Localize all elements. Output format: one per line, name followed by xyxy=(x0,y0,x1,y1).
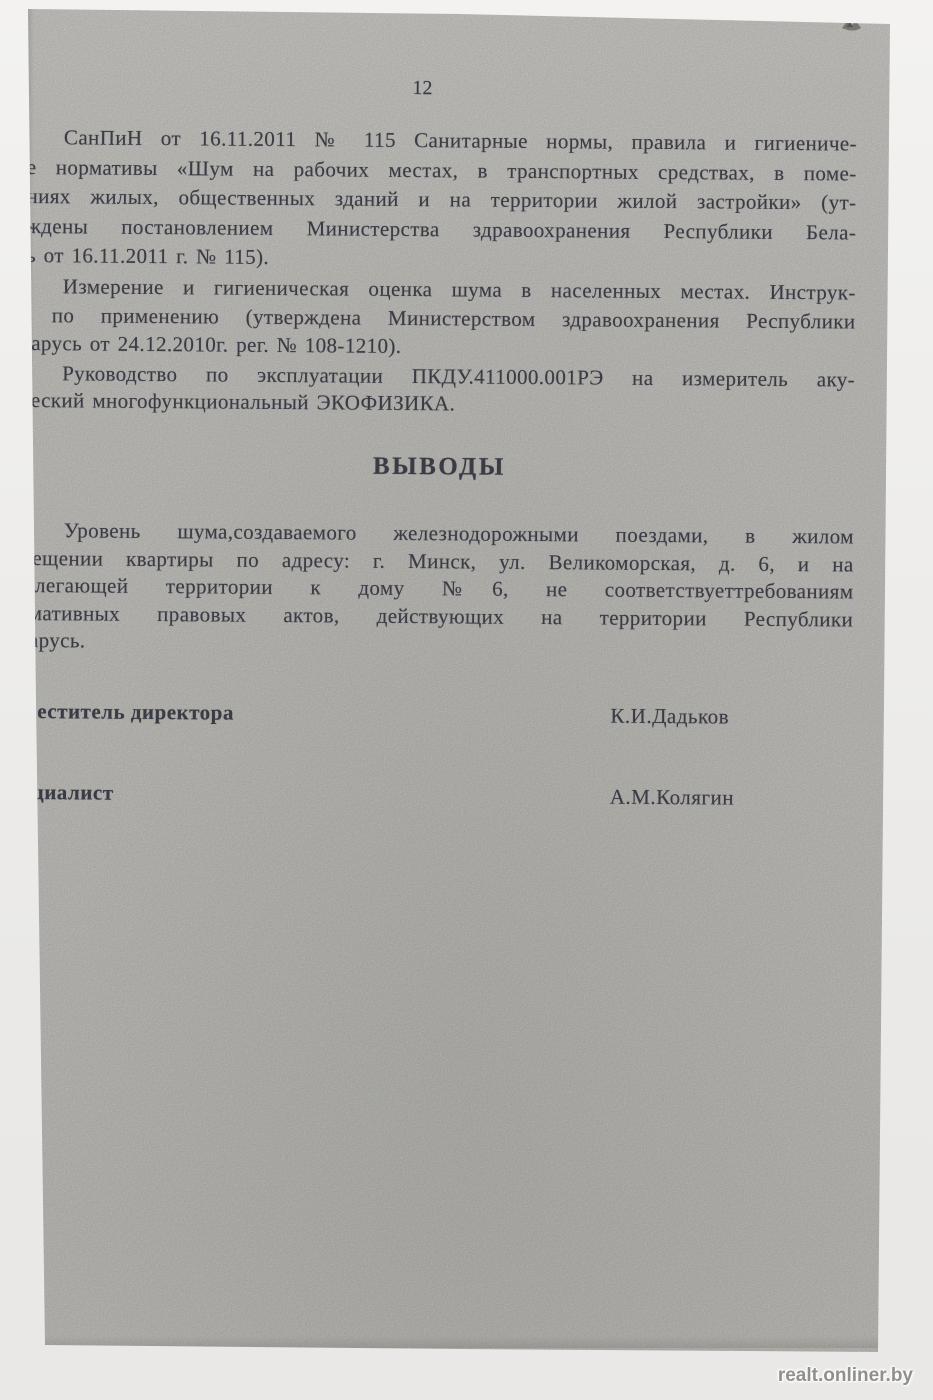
page-content: 12 СанПиН от 16.11.2011 № 115 Санитарные… xyxy=(18,8,858,1344)
page-number: 12 xyxy=(27,74,817,103)
signature-row: ециалист А.М.Колягин xyxy=(22,780,852,817)
signature-name: К.И.Дадьков xyxy=(610,704,729,730)
signature-name: А.М.Колягин xyxy=(610,785,734,811)
paragraph-measurement: Измерение и гигиеническая оценка шума в … xyxy=(25,272,856,364)
document-page: 12 СанПиН от 16.11.2011 № 115 Санитарные… xyxy=(0,0,933,1400)
signature-role: ециалист xyxy=(22,780,114,806)
conclusions-heading: ВЫВОДЫ xyxy=(24,450,854,485)
paragraph-manual: Руководство по эксплуатации ПКДУ.411000.… xyxy=(25,360,855,421)
signature-role: меститель директора xyxy=(22,699,234,726)
signature-row: меститель директора К.И.Дадьков xyxy=(22,699,852,736)
watermark: realt.onliner.by xyxy=(778,1365,913,1387)
conclusion-paragraph: Уровень шума,создаваемого железнодорожны… xyxy=(23,517,854,661)
paragraph-sanpin: СанПиН от 16.11.2011 № 115 Санитарные но… xyxy=(26,123,857,277)
